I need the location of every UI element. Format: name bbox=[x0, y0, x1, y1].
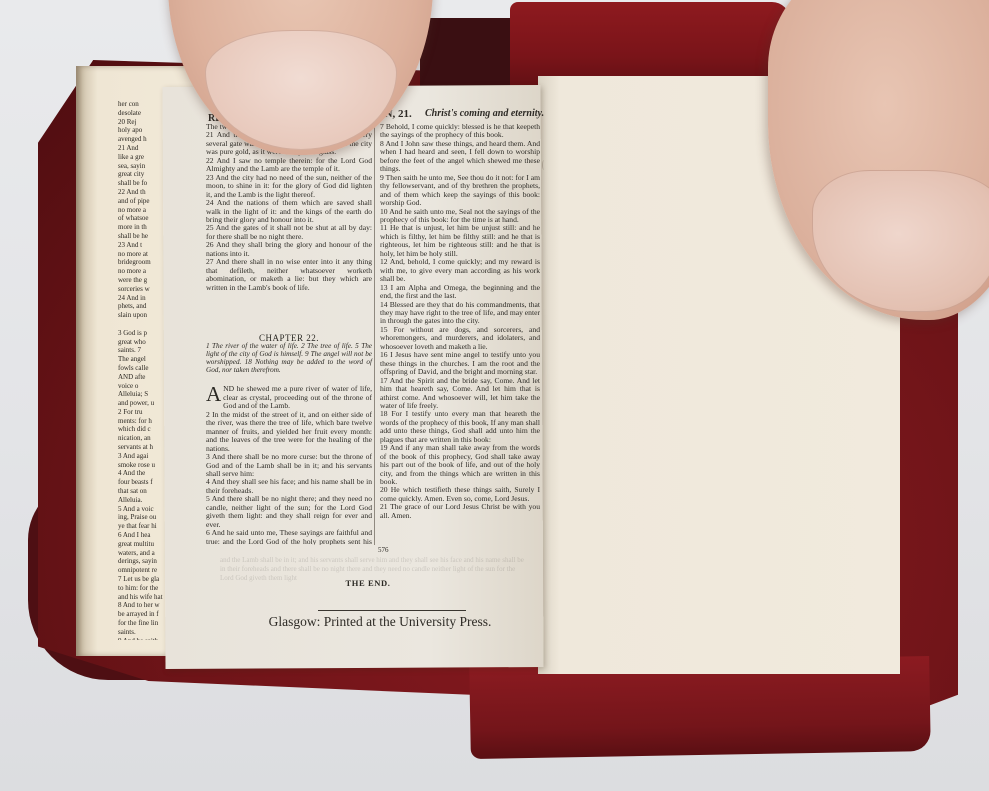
column-rule bbox=[374, 120, 375, 545]
running-head-title: Christ's coming and eternity. bbox=[425, 108, 544, 119]
right-column-text: 7 Behold, I come quickly: blessed is he … bbox=[380, 123, 540, 545]
drop-cap: A bbox=[206, 386, 221, 403]
left-column-text-bottom: AND he shewed me a pure river of water o… bbox=[206, 377, 372, 545]
page-number: 576 bbox=[378, 546, 389, 554]
imprint-rule bbox=[318, 610, 466, 611]
the-end-text: THE END. bbox=[200, 578, 536, 588]
chapter-22-text: ND he shewed me a pure river of water of… bbox=[206, 384, 372, 545]
paper-mark bbox=[542, 160, 546, 170]
cover-spine-shadow bbox=[420, 18, 520, 88]
printer-imprint: Glasgow: Printed at the University Press… bbox=[200, 614, 560, 630]
chapter-summary: 1 The river of the water of life. 2 The … bbox=[206, 342, 372, 374]
